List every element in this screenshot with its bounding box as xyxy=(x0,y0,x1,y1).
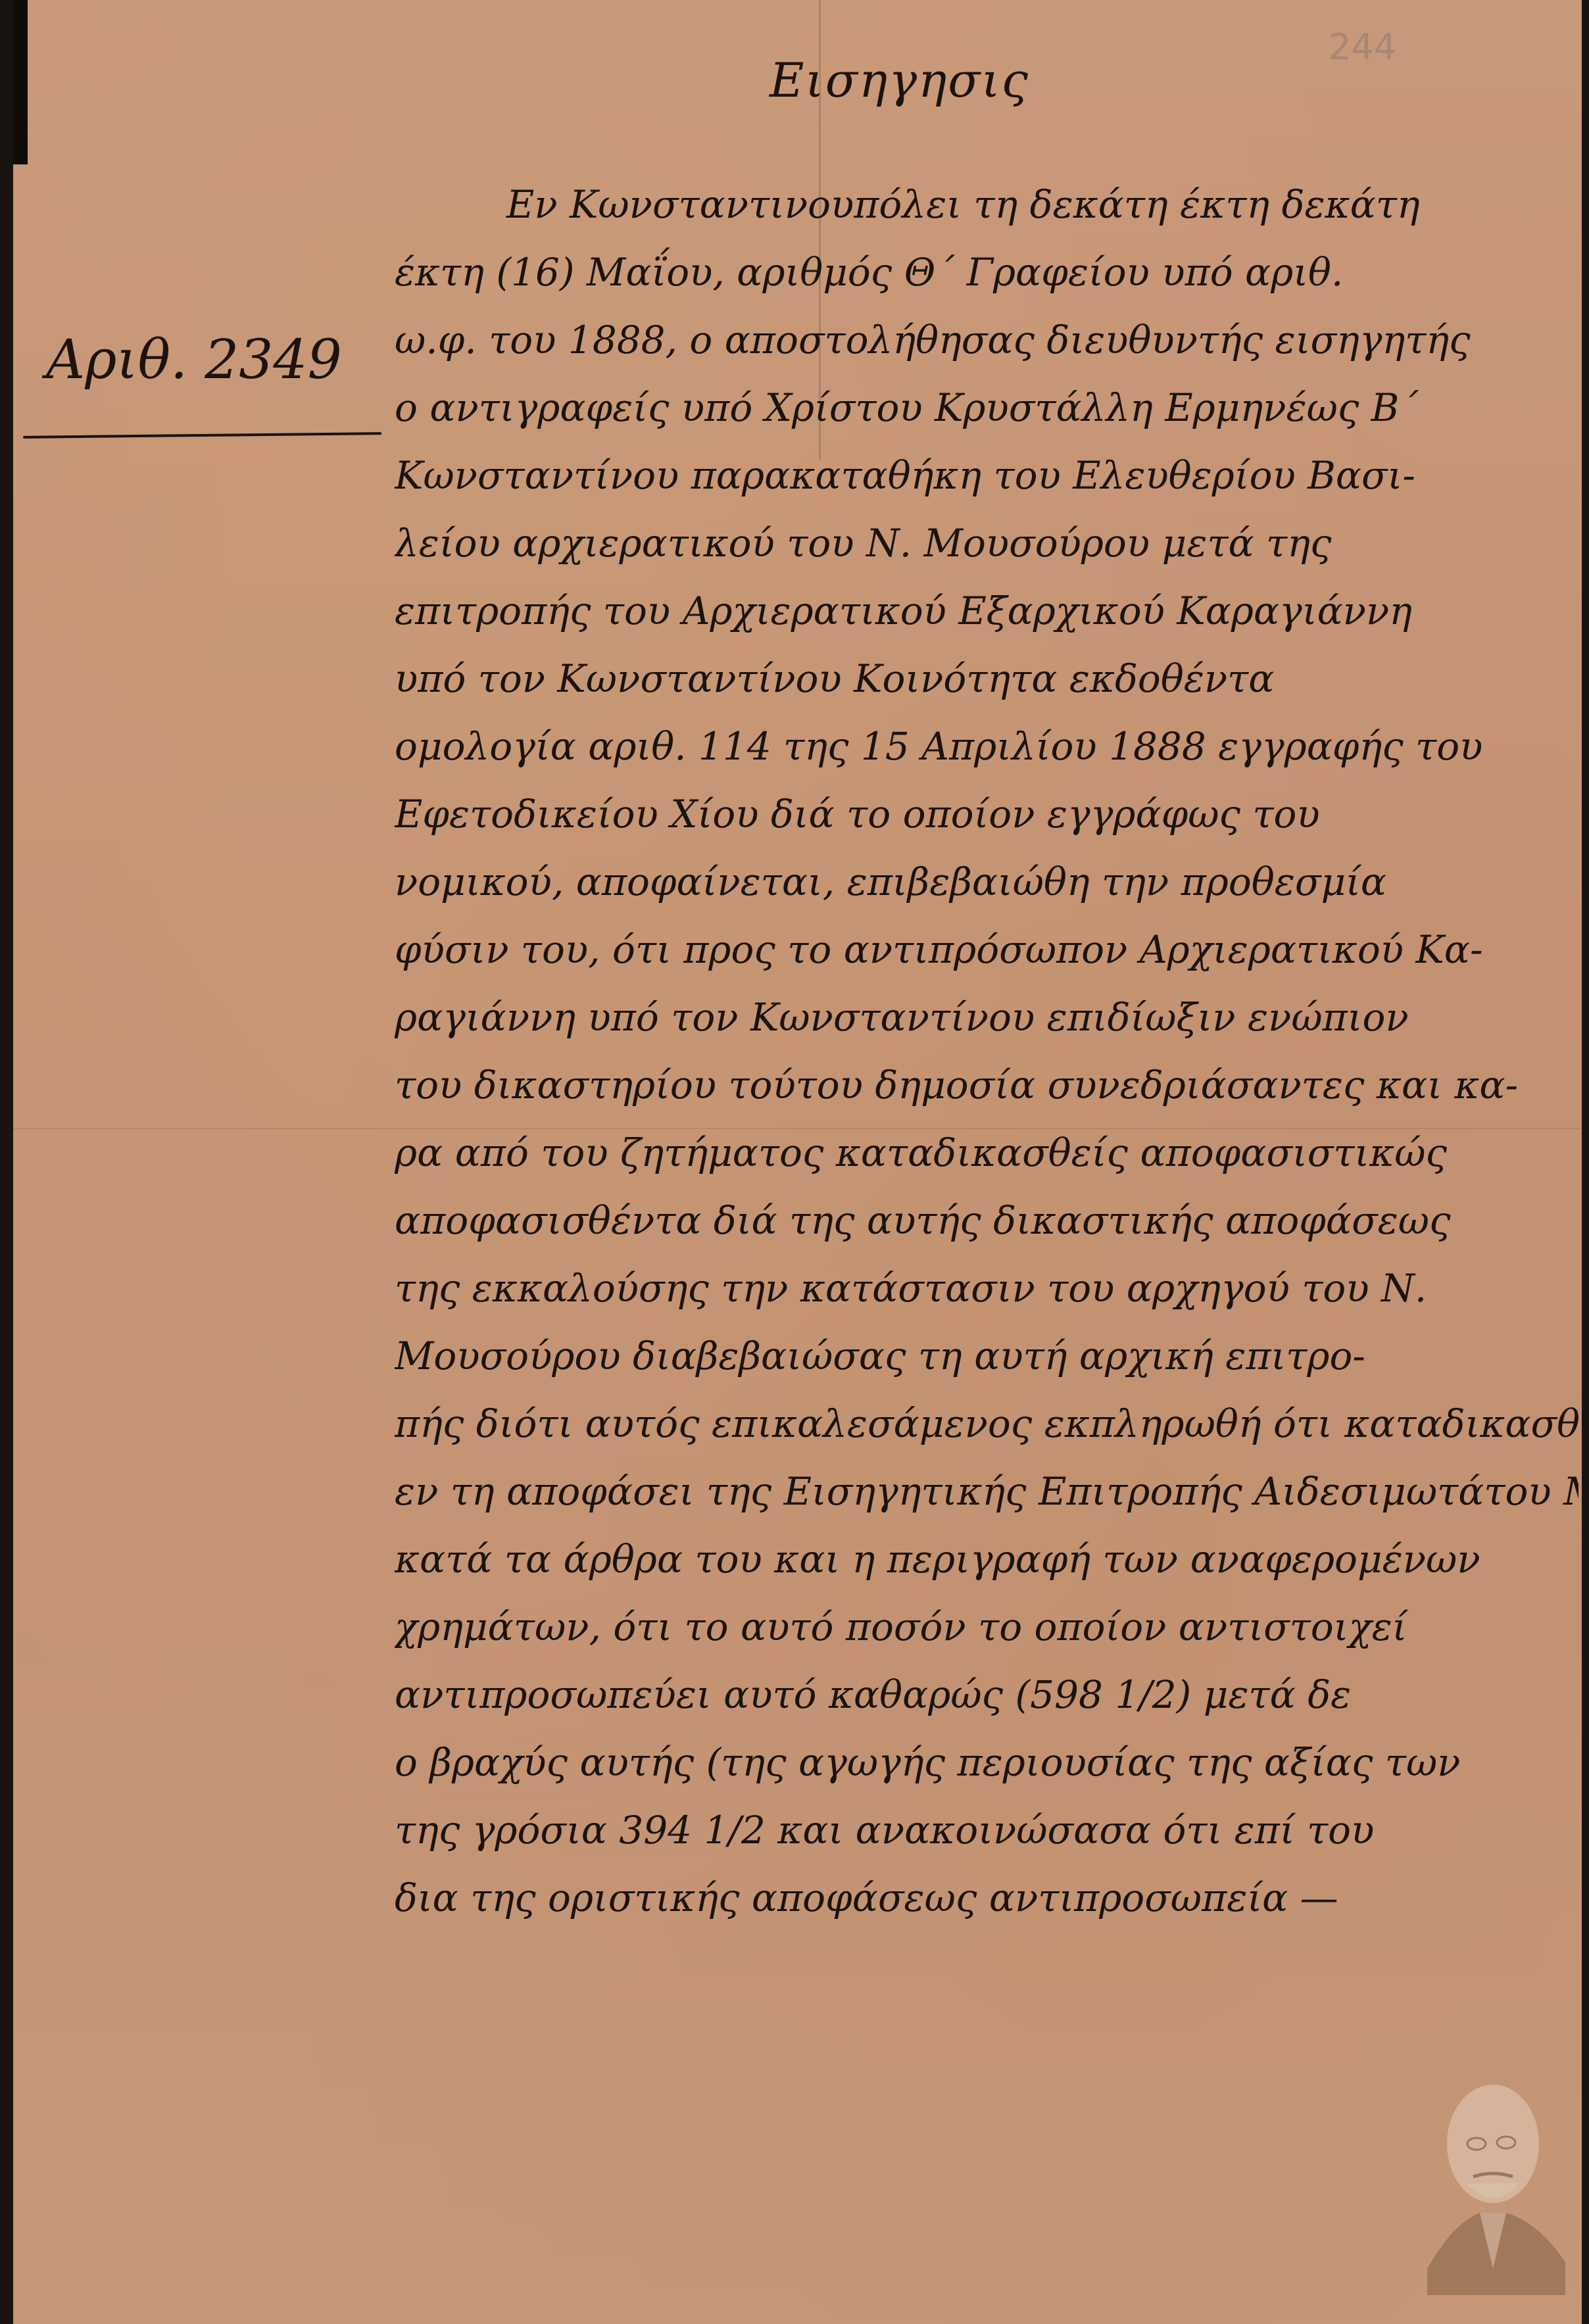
text-line: πής διότι αυτός επικαλεσάμενος εκπληρωθή… xyxy=(395,1390,1578,1458)
text-line: αποφασισθέντα διά της αυτής δικαστικής α… xyxy=(395,1187,1578,1255)
text-line: ο αντιγραφείς υπό Χρίστου Κρυστάλλη Ερμη… xyxy=(395,374,1578,442)
text-line: Εφετοδικείου Χίου διά το οποίον εγγράφως… xyxy=(395,781,1578,848)
margin-underline xyxy=(23,432,381,439)
text-line: κατά τα άρθρα του και η περιγραφή των αν… xyxy=(395,1526,1578,1593)
text-line: φύσιν του, ότι προς το αντιπρόσωπον Αρχι… xyxy=(395,916,1578,984)
text-line: ο βραχύς αυτής (της αγωγής περιουσίας τη… xyxy=(395,1729,1578,1797)
text-line: της εκκαλούσης την κατάστασιν του αρχηγο… xyxy=(395,1255,1578,1322)
text-line: υπό τον Κωνσταντίνου Κοινότητα εκδοθέντα xyxy=(395,645,1578,713)
text-line: του δικαστηρίου τούτου δημοσία συνεδριάσ… xyxy=(395,1052,1578,1119)
manuscript-body: Εν Κωνσταντινουπόλει τη δεκάτη έκτη δεκά… xyxy=(395,171,1578,1932)
portrait-watermark-icon xyxy=(1401,2071,1578,2295)
manuscript-page: Εισηγησις 244 Αριθ. 2349 Εν Κωνσταντινου… xyxy=(13,0,1582,2324)
text-line: δια της οριστικής αποφάσεως αντιπροσωπεί… xyxy=(395,1864,1578,1932)
scan-edge xyxy=(13,0,28,164)
text-line: έκτη (16) Μαΐου, αριθμός Θ΄ Γραφείου υπό… xyxy=(395,239,1578,306)
pencil-page-number: 244 xyxy=(1329,26,1396,68)
text-line: εν τη αποφάσει της Εισηγητικής Επιτροπής… xyxy=(395,1458,1578,1526)
text-line: Κωνσταντίνου παρακαταθήκη του Ελευθερίου… xyxy=(395,442,1578,510)
text-line: Εν Κωνσταντινουπόλει τη δεκάτη έκτη δεκά… xyxy=(395,171,1578,239)
text-line: της γρόσια 394 1/2 και ανακοινώσασα ότι … xyxy=(395,1797,1578,1864)
text-line: ομολογία αριθ. 114 της 15 Απριλίου 1888 … xyxy=(395,713,1578,781)
text-line: χρημάτων, ότι το αυτό ποσόν το οποίον αν… xyxy=(395,1593,1578,1661)
document-title: Εισηγησις xyxy=(770,53,1029,108)
text-line: νομικού, αποφαίνεται, επιβεβαιώθη την πρ… xyxy=(395,848,1578,916)
text-line: ραγιάννη υπό τον Κωνσταντίνου επιδίωξιν … xyxy=(395,984,1578,1052)
text-line: αντιπροσωπεύει αυτό καθαρώς (598 1/2) με… xyxy=(395,1661,1578,1729)
text-line: επιτροπής του Αρχιερατικού Εξαρχικού Καρ… xyxy=(395,577,1578,645)
margin-reference-number: Αριθ. 2349 xyxy=(46,329,342,391)
text-line: ω.φ. του 1888, ο αποστολήθησας διευθυντή… xyxy=(395,306,1578,374)
text-line: ρα από του ζητήματος καταδικασθείς αποφα… xyxy=(395,1119,1578,1187)
text-line: λείου αρχιερατικού του Ν. Μουσούρου μετά… xyxy=(395,510,1578,577)
text-line: Μουσούρου διαβεβαιώσας τη αυτή αρχική επ… xyxy=(395,1322,1578,1390)
